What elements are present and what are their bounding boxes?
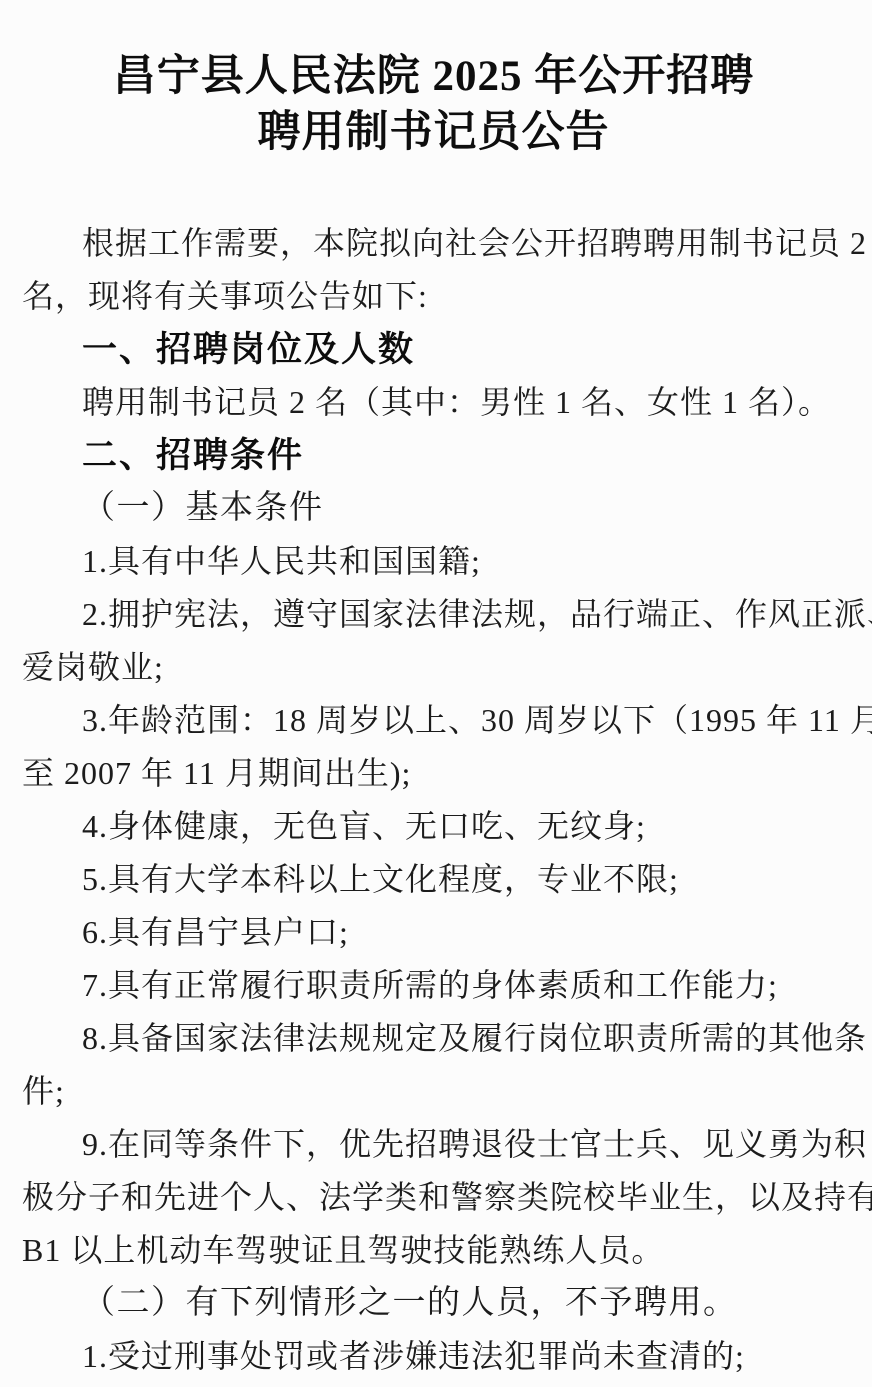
text-line: 2.拥护宪法，遵守国家法律法规，品行端正、作风正派、 [22, 588, 845, 641]
text-line: 极分子和先进个人、法学类和警察类院校毕业生，以及持有 [22, 1171, 845, 1224]
text-line: 至 2007 年 11 月期间出生); [22, 747, 845, 800]
title-line-2: 聘用制书记员公告 [22, 105, 845, 161]
text-line: 一、招聘岗位及人数 [22, 323, 845, 376]
text-line: 名，现将有关事项公告如下: [22, 270, 845, 323]
document-title: 昌宁县人民法院 2025 年公开招聘 聘用制书记员公告 [22, 49, 845, 161]
text-line: B1 以上机动车驾驶证且驾驶技能熟练人员。 [22, 1224, 845, 1277]
text-line: 8.具备国家法律法规规定及履行岗位职责所需的其他条 [22, 1012, 845, 1065]
text-line: 5.具有大学本科以上文化程度，专业不限; [22, 853, 845, 906]
text-line: 4.身体健康，无色盲、无口吃、无纹身; [22, 800, 845, 853]
text-line: （一）基本条件 [22, 482, 845, 535]
text-line: 件; [22, 1065, 845, 1118]
text-line: 1.受过刑事处罚或者涉嫌违法犯罪尚未查清的; [22, 1330, 845, 1383]
text-line: 爱岗敬业; [22, 641, 845, 694]
text-line: 二、招聘条件 [22, 429, 845, 482]
document-body: 根据工作需要，本院拟向社会公开招聘聘用制书记员 2名，现将有关事项公告如下:一、… [22, 217, 845, 1383]
text-line: 1.具有中华人民共和国国籍; [22, 535, 845, 588]
text-line: 聘用制书记员 2 名（其中：男性 1 名、女性 1 名）。 [22, 376, 845, 429]
text-line: 9.在同等条件下，优先招聘退役士官士兵、见义勇为积 [22, 1118, 845, 1171]
text-line: （二）有下列情形之一的人员，不予聘用。 [22, 1277, 845, 1330]
title-line-1: 昌宁县人民法院 2025 年公开招聘 [22, 49, 845, 105]
text-line: 7.具有正常履行职责所需的身体素质和工作能力; [22, 959, 845, 1012]
text-line: 3.年龄范围：18 周岁以上、30 周岁以下（1995 年 11 月 [22, 694, 845, 747]
text-line: 6.具有昌宁县户口; [22, 906, 845, 959]
text-line: 根据工作需要，本院拟向社会公开招聘聘用制书记员 2 [22, 217, 845, 270]
announcement-page: 昌宁县人民法院 2025 年公开招聘 聘用制书记员公告 根据工作需要，本院拟向社… [0, 0, 872, 1387]
